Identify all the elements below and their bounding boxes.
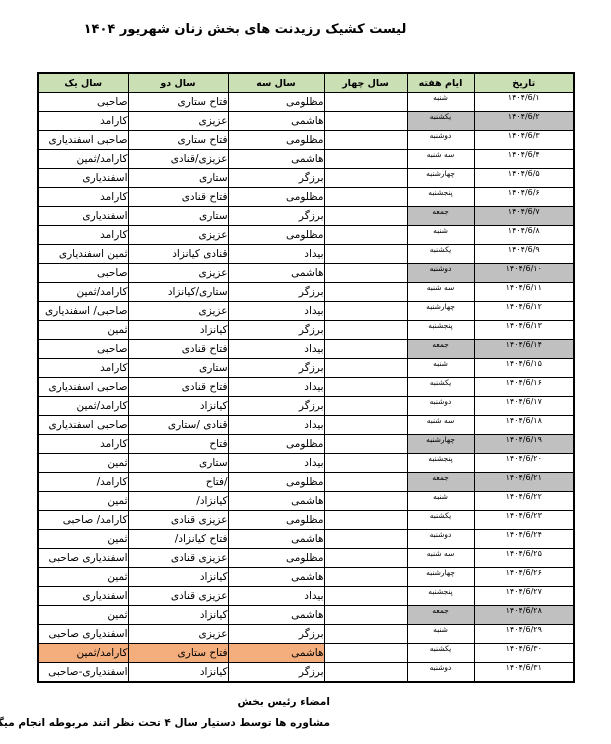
cell-weekday: جمعه [407, 606, 474, 625]
cell-year2: کیانزاد [128, 321, 228, 340]
cell-year2: کیانزاد [128, 606, 228, 625]
table-row: ۱۴۰۴/6/۳۰یکشنبههاشمیفتاح ستاریکارامد/ثمی… [38, 644, 574, 663]
cell-weekday: پنجشنبه [407, 321, 474, 340]
cell-year2: عزیزی قنادی [128, 549, 228, 568]
cell-date: ۱۴۰۴/6/۱۷ [474, 397, 574, 416]
cell-year4 [324, 454, 407, 473]
cell-weekday: دوشنبه [407, 663, 474, 683]
cell-year4 [324, 264, 407, 283]
table-row: ۱۴۰۴/6/۱۹چهارشنبهمظلومیفتاحکارامد [38, 435, 574, 454]
cell-year4 [324, 530, 407, 549]
table-row: ۱۴۰۴/6/۱۷دوشنبهبرزگرکیانزادکارامد/ثمین [38, 397, 574, 416]
cell-year2: ستاری [128, 359, 228, 378]
cell-weekday: شنبه [407, 226, 474, 245]
cell-year4 [324, 359, 407, 378]
cell-year3: برزگر [228, 169, 324, 188]
cell-date: ۱۴۰۴/6/۲۲ [474, 492, 574, 511]
cell-year2: عزیزی/قنادی [128, 150, 228, 169]
cell-year1: صاحبی اسفندیاری [38, 131, 128, 150]
cell-year1: کارامد [38, 112, 128, 131]
table-header: تاریخ ایام هفته سال چهار سال سه سال دو س… [38, 73, 574, 93]
cell-weekday: چهارشنبه [407, 568, 474, 587]
cell-year3: هاشمی [228, 568, 324, 587]
cell-year2: فتاح قنادی [128, 188, 228, 207]
cell-date: ۱۴۰۴/6/۱۳ [474, 321, 574, 340]
table-row: ۱۴۰۴/6/۲۹شنبهبرزگرعزیزیاسفندیاری صاحبی [38, 625, 574, 644]
header-year3: سال سه [228, 73, 324, 93]
cell-year1: ثمین [38, 492, 128, 511]
cell-weekday: شنبه [407, 93, 474, 112]
cell-year3: بیداد [228, 340, 324, 359]
cell-year3: هاشمی [228, 112, 324, 131]
table-row: ۱۴۰۴/6/۱۸سه شنبهبیدادقنادی /ستاریصاحبی ا… [38, 416, 574, 435]
cell-date: ۱۴۰۴/6/۳۰ [474, 644, 574, 663]
table-row: ۱۴۰۴/6/۵چهارشنبهبرزگرستاریاسفندیاری [38, 169, 574, 188]
cell-year3: هاشمی [228, 150, 324, 169]
table-row: ۱۴۰۴/6/۲۳یکشنبهمظلومیعزیزی قنادیکارامد/ … [38, 511, 574, 530]
cell-weekday: شنبه [407, 359, 474, 378]
cell-year1: کارامد/ثمین [38, 397, 128, 416]
table-row: ۱۴۰۴/6/۲یکشنبههاشمیعزیزیکارامد [38, 112, 574, 131]
cell-year4 [324, 416, 407, 435]
cell-year1: کارامد [38, 226, 128, 245]
cell-date: ۱۴۰۴/6/۱۵ [474, 359, 574, 378]
cell-year3: مظلومی [228, 473, 324, 492]
page: { "title": "لیست کشیک رزیدنت های بخش زنا… [0, 0, 611, 744]
cell-year2: فتاح کیانزاد/ [128, 530, 228, 549]
table-row: ۱۴۰۴/6/۱۳پنجشنبهبرزگرکیانزادثمین [38, 321, 574, 340]
cell-weekday: سه شنبه [407, 283, 474, 302]
cell-year4 [324, 226, 407, 245]
cell-weekday: سه شنبه [407, 416, 474, 435]
cell-year2: عزیزی [128, 264, 228, 283]
table-row: ۱۴۰۴/6/۴سه شنبههاشمیعزیزی/قنادیکارامد/ثم… [38, 150, 574, 169]
cell-year3: مظلومی [228, 549, 324, 568]
cell-year3: برزگر [228, 359, 324, 378]
cell-year2: کیانزاد/ [128, 492, 228, 511]
table-row: ۱۴۰۴/6/۱۶یکشنبهبیدادفتاح قنادیصاحبی اسفن… [38, 378, 574, 397]
cell-year1: اسفندیاری [38, 587, 128, 606]
cell-year4 [324, 150, 407, 169]
cell-year4 [324, 568, 407, 587]
cell-year2: عزیزی [128, 302, 228, 321]
cell-date: ۱۴۰۴/6/۱۸ [474, 416, 574, 435]
cell-weekday: چهارشنبه [407, 169, 474, 188]
signature-line: امضاء رئیس بخش [0, 696, 330, 708]
page-title: لیست کشیک رزیدنت های بخش زنان شهریور ۱۴۰… [0, 22, 490, 37]
table-row: ۱۴۰۴/6/۲۲شنبههاشمیکیانزاد/ثمین [38, 492, 574, 511]
cell-year1: صاحبی اسفندیاری [38, 378, 128, 397]
table-row: ۱۴۰۴/6/۲۰پنجشنبهبیدادستاریثمین [38, 454, 574, 473]
table-row: ۱۴۰۴/6/۱۲چهارشنبهبیدادعزیزیصاحبی/ اسفندی… [38, 302, 574, 321]
cell-year2: قنادی کیانزاد [128, 245, 228, 264]
header-weekday: ایام هفته [407, 73, 474, 93]
cell-year3: مظلومی [228, 93, 324, 112]
cell-year2: عزیزی [128, 226, 228, 245]
cell-year4 [324, 321, 407, 340]
cell-year3: برزگر [228, 321, 324, 340]
table-row: ۱۴۰۴/6/۲۷پنجشنبهبیدادعزیزی قنادیاسفندیار… [38, 587, 574, 606]
cell-year2: کیانزاد [128, 397, 228, 416]
cell-date: ۱۴۰۴/6/۱ [474, 93, 574, 112]
header-row: تاریخ ایام هفته سال چهار سال سه سال دو س… [38, 73, 574, 93]
cell-year4 [324, 378, 407, 397]
cell-year1: کارامد/ [38, 473, 128, 492]
cell-weekday: جمعه [407, 340, 474, 359]
cell-weekday: یکشنبه [407, 644, 474, 663]
cell-year1: ثمین [38, 321, 128, 340]
cell-date: ۱۴۰۴/6/۱۴ [474, 340, 574, 359]
cell-year1: ثمین اسفندیاری [38, 245, 128, 264]
cell-year4 [324, 283, 407, 302]
cell-year3: بیداد [228, 378, 324, 397]
cell-date: ۱۴۰۴/6/۳ [474, 131, 574, 150]
cell-year2: کیانزاد [128, 568, 228, 587]
cell-year3: برزگر [228, 207, 324, 226]
cell-weekday: شنبه [407, 625, 474, 644]
cell-year4 [324, 492, 407, 511]
cell-year1: اسفندیاری صاحبی [38, 625, 128, 644]
cell-year2: عزیزی [128, 112, 228, 131]
table-row: ۱۴۰۴/6/۱۱سه شنبهبرزگرستاری/کیانزادکارامد… [38, 283, 574, 302]
cell-year1: صاحبی [38, 93, 128, 112]
cell-year4 [324, 549, 407, 568]
cell-year4 [324, 511, 407, 530]
cell-year3: بیداد [228, 587, 324, 606]
cell-date: ۱۴۰۴/6/۲۱ [474, 473, 574, 492]
table-row: ۱۴۰۴/6/۹یکشنبهبیدادقنادی کیانزادثمین اسف… [38, 245, 574, 264]
table-body: ۱۴۰۴/6/۱شنبهمظلومیفتاح ستاریصاحبی۱۴۰۴/6/… [38, 93, 574, 683]
cell-weekday: پنجشنبه [407, 587, 474, 606]
cell-weekday: دوشنبه [407, 264, 474, 283]
cell-year4 [324, 131, 407, 150]
cell-year1: کارامد/ثمین [38, 283, 128, 302]
cell-weekday: یکشنبه [407, 112, 474, 131]
table-row: ۱۴۰۴/6/۶پنجشنبهمظلومیفتاح قنادیکارامد [38, 188, 574, 207]
cell-year1: اسفندیاری [38, 169, 128, 188]
cell-date: ۱۴۰۴/6/۲۵ [474, 549, 574, 568]
table-row: ۱۴۰۴/6/۳دوشنبهمظلومیفتاح ستاریصاحبی اسفن… [38, 131, 574, 150]
cell-year3: بیداد [228, 302, 324, 321]
cell-year3: هاشمی [228, 264, 324, 283]
cell-date: ۱۴۰۴/6/۵ [474, 169, 574, 188]
cell-year1: اسفندیاری [38, 207, 128, 226]
cell-year3: هاشمی [228, 530, 324, 549]
cell-year3: بیداد [228, 245, 324, 264]
cell-year4 [324, 112, 407, 131]
cell-date: ۱۴۰۴/6/۱۶ [474, 378, 574, 397]
cell-date: ۱۴۰۴/6/۹ [474, 245, 574, 264]
cell-weekday: یکشنبه [407, 378, 474, 397]
cell-weekday: جمعه [407, 473, 474, 492]
cell-year1: صاحبی [38, 264, 128, 283]
table-row: ۱۴۰۴/6/۲۴دوشنبههاشمیفتاح کیانزاد/ثمین [38, 530, 574, 549]
cell-year4 [324, 587, 407, 606]
table-row: ۱۴۰۴/6/۱شنبهمظلومیفتاح ستاریصاحبی [38, 93, 574, 112]
cell-year4 [324, 397, 407, 416]
cell-year4 [324, 188, 407, 207]
cell-weekday: دوشنبه [407, 397, 474, 416]
cell-year1: صاحبی/ اسفندیاری [38, 302, 128, 321]
cell-year1: کارامد/ثمین [38, 644, 128, 663]
cell-year2: عزیزی [128, 625, 228, 644]
cell-weekday: دوشنبه [407, 131, 474, 150]
cell-date: ۱۴۰۴/6/۱۱ [474, 283, 574, 302]
cell-year3: مظلومی [228, 131, 324, 150]
cell-year1: کارامد/ صاحبی [38, 511, 128, 530]
cell-year3: برزگر [228, 397, 324, 416]
cell-year3: هاشمی [228, 492, 324, 511]
header-date: تاریخ [474, 73, 574, 93]
cell-year2: ستاری [128, 169, 228, 188]
table-row: ۱۴۰۴/6/۳۱دوشنبهبرزگرکیانزاداسفندیاری-صاح… [38, 663, 574, 683]
cell-year1: کارامد [38, 359, 128, 378]
cell-year4 [324, 473, 407, 492]
cell-year2: فتاح قنادی [128, 378, 228, 397]
cell-year1: ثمین [38, 568, 128, 587]
table-row: ۱۴۰۴/6/۸شنبهمظلومیعزیزیکارامد [38, 226, 574, 245]
cell-weekday: چهارشنبه [407, 435, 474, 454]
table-row: ۱۴۰۴/6/۱۴جمعهبیدادفتاح قنادیصاحبی [38, 340, 574, 359]
cell-weekday: سه شنبه [407, 549, 474, 568]
cell-year4 [324, 644, 407, 663]
cell-year4 [324, 245, 407, 264]
table-row: ۱۴۰۴/6/۲۶چهارشنبههاشمیکیانزادثمین [38, 568, 574, 587]
cell-year2: فتاح ستاری [128, 644, 228, 663]
cell-year1: اسفندیاری صاحبی [38, 549, 128, 568]
cell-date: ۱۴۰۴/6/۲۰ [474, 454, 574, 473]
cell-year2: فتاح قنادی [128, 340, 228, 359]
table-row: ۱۴۰۴/6/۲۸جمعههاشمیکیانزادثمین [38, 606, 574, 625]
cell-year2: عزیزی قنادی [128, 587, 228, 606]
cell-year3: بیداد [228, 416, 324, 435]
cell-date: ۱۴۰۴/6/۷ [474, 207, 574, 226]
cell-year1: صاحبی [38, 340, 128, 359]
table-row: ۱۴۰۴/6/۱۵شنبهبرزگرستاریکارامد [38, 359, 574, 378]
cell-year3: برزگر [228, 663, 324, 683]
cell-year2: فتاح ستاری [128, 93, 228, 112]
cell-weekday: پنجشنبه [407, 188, 474, 207]
duty-roster-table: تاریخ ایام هفته سال چهار سال سه سال دو س… [37, 72, 575, 683]
cell-weekday: جمعه [407, 207, 474, 226]
cell-weekday: دوشنبه [407, 530, 474, 549]
cell-year3: بیداد [228, 454, 324, 473]
cell-weekday: چهارشنبه [407, 302, 474, 321]
cell-year4 [324, 340, 407, 359]
cell-year3: مظلومی [228, 511, 324, 530]
cell-year4 [324, 169, 407, 188]
cell-date: ۱۴۰۴/6/۴ [474, 150, 574, 169]
cell-year1: اسفندیاری-صاحبی [38, 663, 128, 683]
note-line: مشاوره ها توسط دستیار سال ۴ تحت نظر اتند… [0, 717, 330, 729]
cell-year4 [324, 93, 407, 112]
cell-date: ۱۴۰۴/6/۳۱ [474, 663, 574, 683]
cell-year2: ستاری [128, 454, 228, 473]
cell-date: ۱۴۰۴/6/۲۹ [474, 625, 574, 644]
header-year1: سال یک [38, 73, 128, 93]
cell-date: ۱۴۰۴/6/۱۰ [474, 264, 574, 283]
cell-date: ۱۴۰۴/6/۲۶ [474, 568, 574, 587]
cell-year2: فتاح [128, 435, 228, 454]
cell-year4 [324, 207, 407, 226]
cell-year2: عزیزی قنادی [128, 511, 228, 530]
cell-date: ۱۴۰۴/6/۸ [474, 226, 574, 245]
cell-year1: صاحبی اسفندیاری [38, 416, 128, 435]
cell-year3: برزگر [228, 625, 324, 644]
cell-year4 [324, 435, 407, 454]
cell-year3: مظلومی [228, 226, 324, 245]
cell-date: ۱۴۰۴/6/۲ [474, 112, 574, 131]
cell-year2: قنادی /ستاری [128, 416, 228, 435]
table-row: ۱۴۰۴/6/۷جمعهبرزگرستاریاسفندیاری [38, 207, 574, 226]
cell-weekday: سه شنبه [407, 150, 474, 169]
cell-year1: کارامد [38, 188, 128, 207]
cell-year1: ثمین [38, 454, 128, 473]
cell-year1: کارامد [38, 435, 128, 454]
cell-date: ۱۴۰۴/6/۲۸ [474, 606, 574, 625]
cell-year1: ثمین [38, 606, 128, 625]
table-row: ۱۴۰۴/6/۲۵سه شنبهمظلومیعزیزی قنادیاسفندیا… [38, 549, 574, 568]
cell-year4 [324, 606, 407, 625]
cell-date: ۱۴۰۴/6/۲۷ [474, 587, 574, 606]
cell-year2: ستاری [128, 207, 228, 226]
cell-date: ۱۴۰۴/6/۶ [474, 188, 574, 207]
cell-year3: مظلومی [228, 435, 324, 454]
cell-date: ۱۴۰۴/6/۱۲ [474, 302, 574, 321]
cell-year4 [324, 625, 407, 644]
cell-year3: هاشمی [228, 644, 324, 663]
cell-weekday: یکشنبه [407, 511, 474, 530]
cell-weekday: یکشنبه [407, 245, 474, 264]
cell-year2: /فتاح [128, 473, 228, 492]
cell-year3: هاشمی [228, 606, 324, 625]
header-year4: سال چهار [324, 73, 407, 93]
cell-year4 [324, 663, 407, 683]
cell-year2: ستاری/کیانزاد [128, 283, 228, 302]
table-row: ۱۴۰۴/6/۲۱جمعهمظلومی/فتاحکارامد/ [38, 473, 574, 492]
cell-date: ۱۴۰۴/6/۱۹ [474, 435, 574, 454]
cell-year3: مظلومی [228, 188, 324, 207]
cell-date: ۱۴۰۴/6/۲۴ [474, 530, 574, 549]
cell-year2: فتاح ستاری [128, 131, 228, 150]
cell-weekday: پنجشنبه [407, 454, 474, 473]
cell-year3: برزگر [228, 283, 324, 302]
cell-year4 [324, 302, 407, 321]
footer: امضاء رئیس بخش مشاوره ها توسط دستیار سال… [0, 696, 330, 729]
cell-year2: کیانزاد [128, 663, 228, 683]
cell-year1: کارامد/ثمین [38, 150, 128, 169]
cell-weekday: شنبه [407, 492, 474, 511]
table-row: ۱۴۰۴/6/۱۰دوشنبههاشمیعزیزیصاحبی [38, 264, 574, 283]
cell-date: ۱۴۰۴/6/۲۳ [474, 511, 574, 530]
cell-year1: ثمین [38, 530, 128, 549]
header-year2: سال دو [128, 73, 228, 93]
